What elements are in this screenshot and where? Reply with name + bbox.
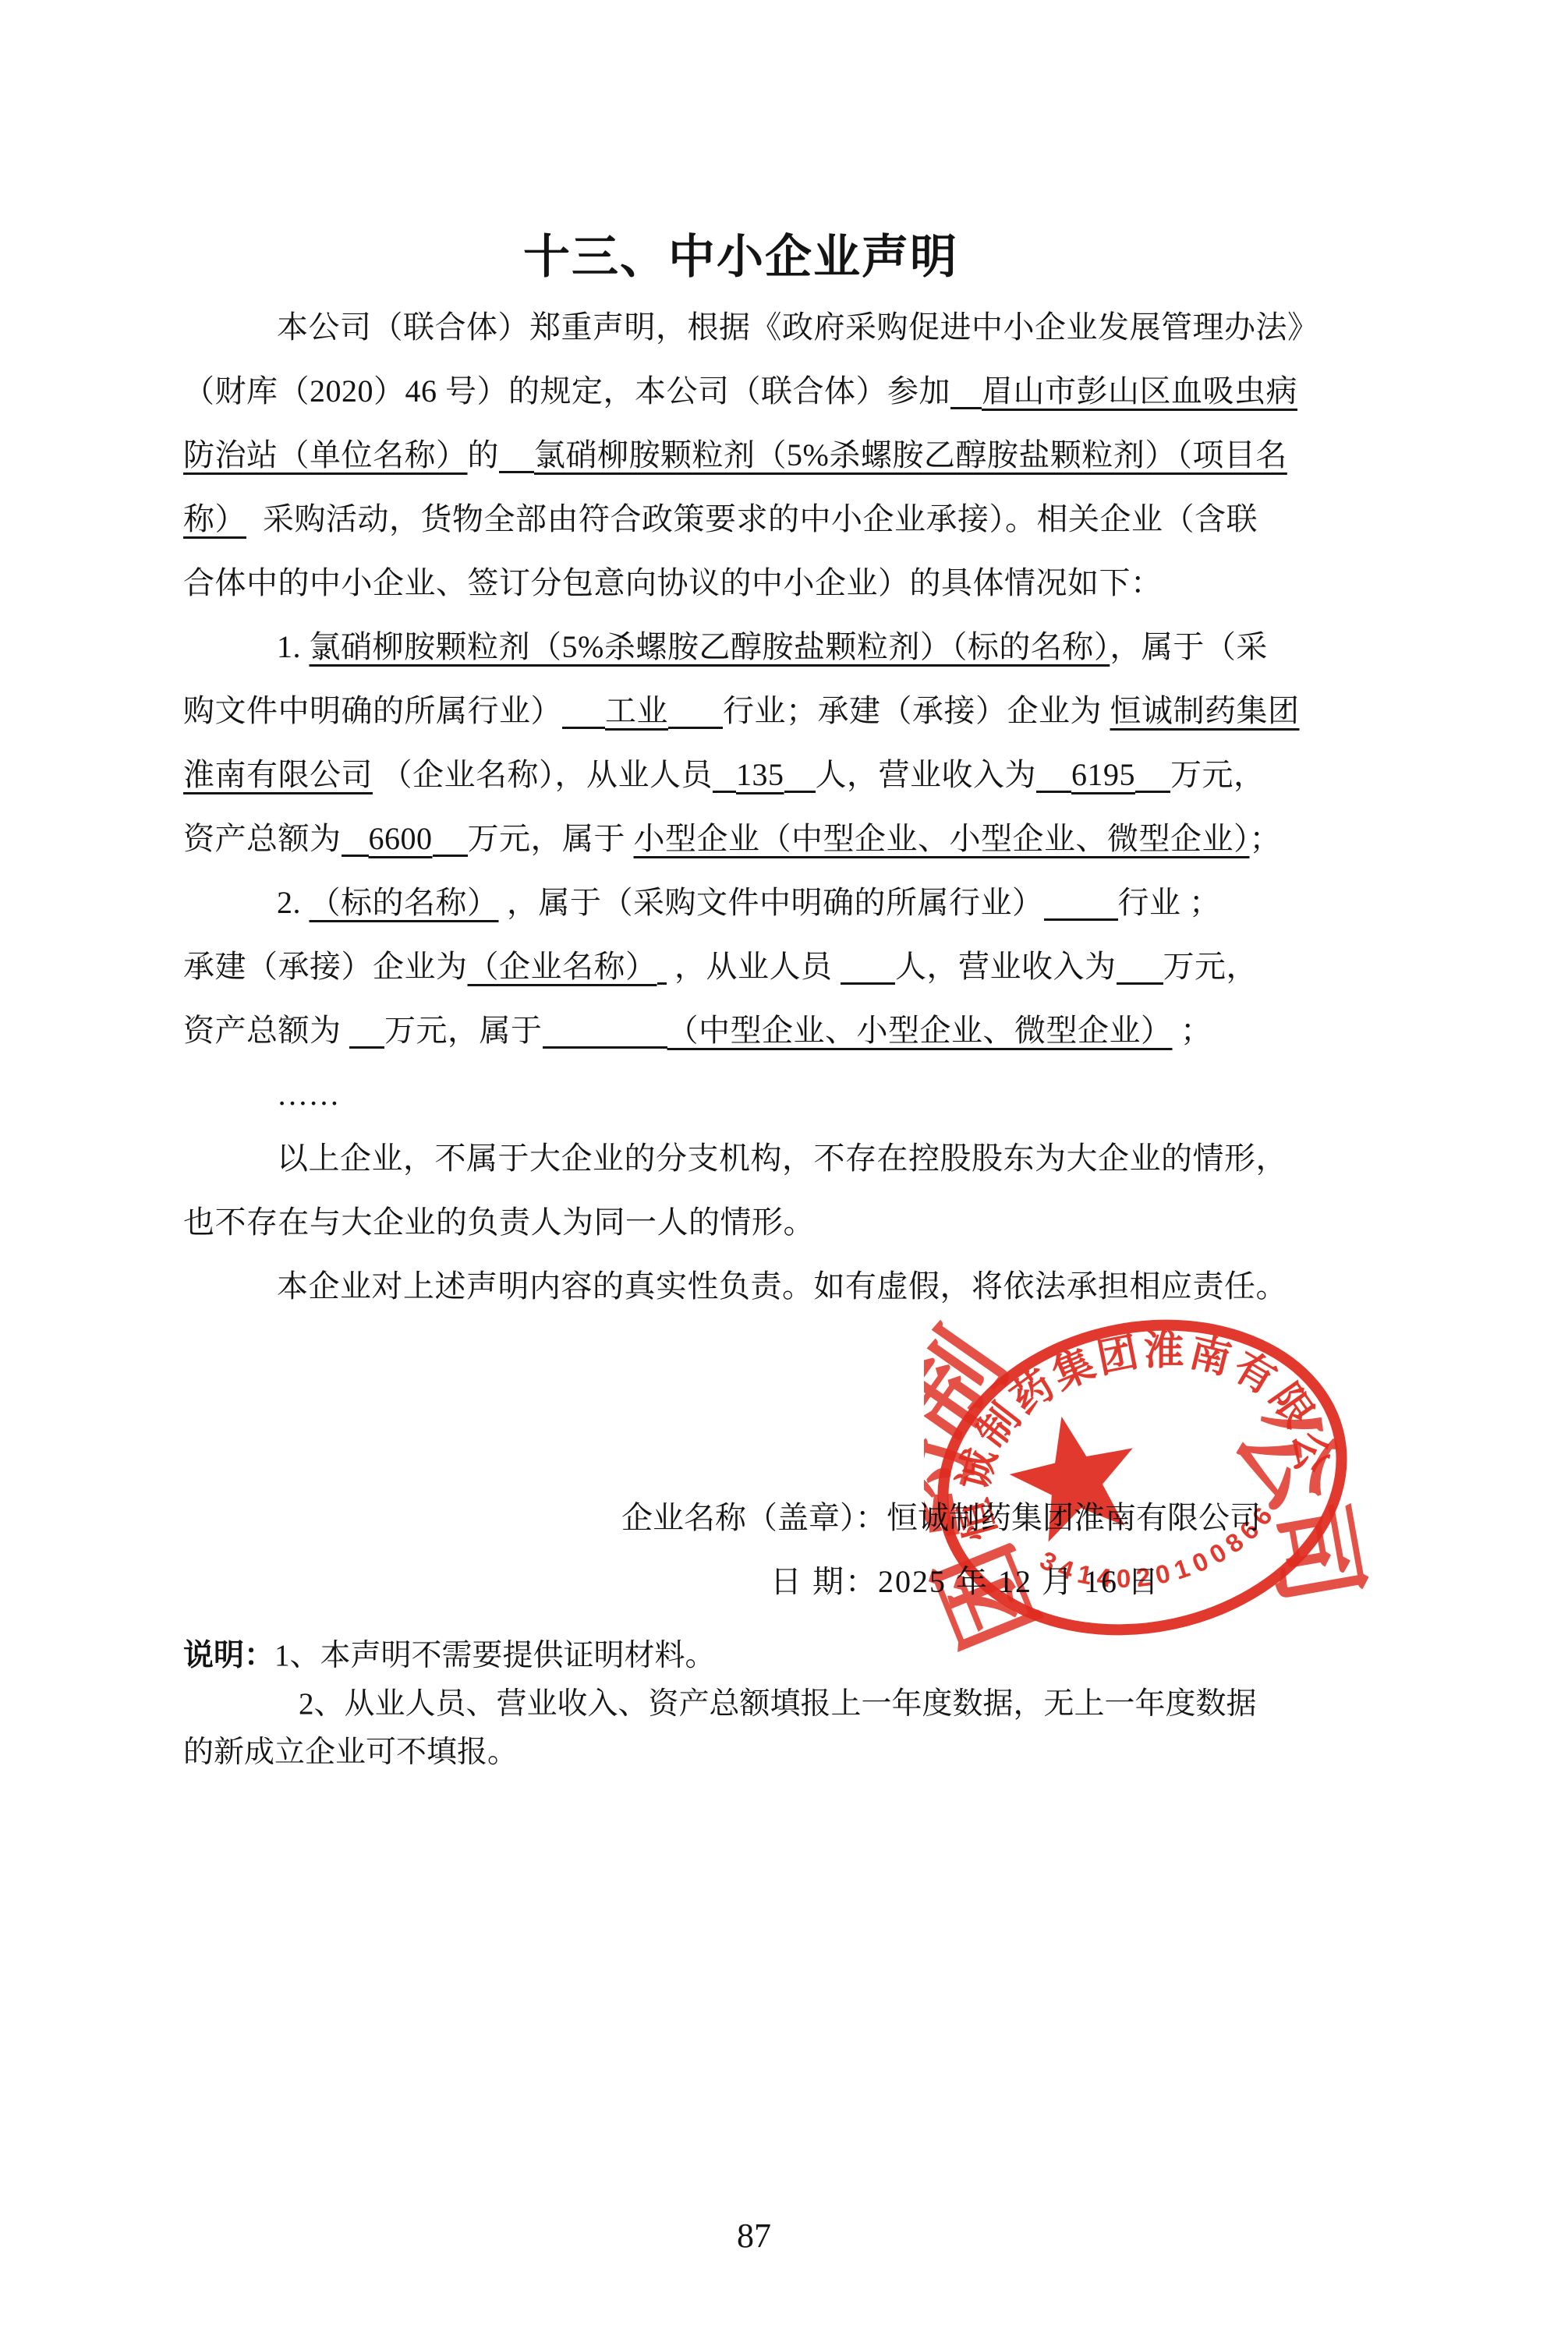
text-segment: 万元， [1163,949,1258,984]
text-segment: ； [1173,1013,1212,1048]
text-segment: 承建（承接）企业为 [183,949,468,984]
text-segment: （企业名称） [468,949,657,984]
text-segment: 2、从业人员、营业收入、资产总额填报上一年度数据，无上一年度数据 [299,1687,1257,1721]
text-line: 购文件中明确的所属行业）工业行业；承建（承接）企业为 恒诚制药集团 [183,679,1337,743]
blank-field [1135,791,1170,793]
text-line: 淮南有限公司 （企业名称），从业人员135人，营业收入为6195万元， [183,743,1337,807]
text-segment: 6195 [1071,757,1135,792]
company-stamp-icon: 恒诚制药集团淮南有限公司 3414020100866 制 药 团 公 司 [924,1318,1368,1653]
text-segment: 氯硝柳胺颗粒剂（5%杀螺胺乙醇胺盐颗粒剂）（标的名称） [310,629,1110,664]
text-segment: 小型企业（中型企业、小型企业、微型企业） [634,821,1250,856]
text-segment: （财库（2020）46 号）的规定，本公司（联合体）参加 [183,373,950,409]
text-segment: 的 [468,437,500,472]
blank-field [668,727,723,729]
blank-field [1117,982,1163,985]
blank-field [562,727,605,729]
text-segment: 采购活动，货物全部由符合政策要求的中小企业承接）。相关企业（含联 [246,501,1258,536]
stamp-ghost-char: 司 [1250,1495,1368,1612]
text-segment: 人，营业收入为 [816,757,1037,792]
text-segment: 本公司（联合体）郑重声明，根据《政府采购促进中小企业发展管理办法》 [277,310,1319,345]
text-segment: ，从业人员 [667,949,841,984]
text-segment: 资产总额为 [183,821,342,856]
text-segment: 氯硝柳胺颗粒剂（5%杀螺胺乙醇胺盐颗粒剂）（项目名 [534,437,1287,472]
page-title: 十三、中小企业声明 [0,220,1481,287]
text-segment: ，属于（采 [1110,629,1268,664]
page-number: 87 [185,2216,1323,2256]
blank-field [433,855,468,857]
text-segment: （中型企业、小型企业、微型企业） [667,1013,1173,1048]
text-segment: 以上企业，不属于大企业的分支机构，不存在控股股东为大企业的情形， [277,1141,1287,1176]
blank-field [1044,918,1118,921]
text-segment: ，属于（采购文件中明确的所属行业） [499,885,1044,920]
text-line: 承建（承接）企业为（企业名称） ，从业人员 人，营业收入为万元， [183,935,1337,999]
text-segment: 1、本声明不需要提供证明材料。 [274,1639,716,1672]
blank-field [349,1046,384,1049]
text-segment: 说明： [183,1639,274,1672]
blank-field [1036,791,1071,793]
text-segment: ； [1250,821,1282,856]
text-line: 以上企业，不属于大企业的分支机构，不存在控股股东为大企业的情形， [183,1127,1337,1191]
text-segment: 6600 [369,821,433,856]
text-segment: 合体中的中小企业、签订分包意向协议的中小企业）的具体情况如下： [183,565,1163,600]
text-line: 也不存在与大企业的负责人为同一人的情形。 [183,1191,1337,1254]
text-segment: 淮南有限公司 [183,757,373,792]
text-line: …… [183,1063,1337,1127]
blank-field [950,407,982,409]
text-segment: 本企业对上述声明内容的真实性负责。如有虚假，将依法承担相应责任。 [277,1269,1287,1304]
text-segment: （企业名称），从业人员 [373,757,713,792]
text-segment: 万元，属于 [384,1013,543,1048]
text-line: 的新成立企业可不填报。 [183,1729,1353,1777]
text-line: 2. （标的名称） ，属于（采购文件中明确的所属行业）行业 ； [183,871,1337,935]
blank-field [784,791,816,793]
blank-field [657,982,667,985]
notes-section: 说明：1、本声明不需要提供证明材料。2、从业人员、营业收入、资产总额填报上一年度… [183,1632,1353,1777]
text-segment: 的新成立企业可不填报。 [183,1736,518,1769]
text-line: 称） 采购活动，货物全部由符合政策要求的中小企业承接）。相关企业（含联 [183,487,1337,551]
text-segment: （标的名称） [310,885,499,920]
blank-field [841,982,895,985]
text-segment: 恒诚制药集团 [1110,693,1300,728]
blank-field [342,855,369,857]
text-line: 资产总额为6600万元，属于 小型企业（中型企业、小型企业、微型企业）； [183,807,1337,871]
text-line: （财库（2020）46 号）的规定，本公司（联合体）参加眉山市彭山区血吸虫病 [183,359,1337,423]
text-line: 2、从业人员、营业收入、资产总额填报上一年度数据，无上一年度数据 [183,1680,1353,1729]
text-segment: 称） [183,501,246,536]
text-segment: 工业 [605,693,668,728]
text-segment: 135 [736,757,784,792]
text-line: 1. 氯硝柳胺颗粒剂（5%杀螺胺乙醇胺盐颗粒剂）（标的名称），属于（采 [183,615,1337,679]
text-segment: 万元，属于 [468,821,634,856]
text-line: 合体中的中小企业、签订分包意向协议的中小企业）的具体情况如下： [183,551,1337,615]
text-segment: 眉山市彭山区血吸虫病 [982,373,1297,409]
text-segment: 2. [277,885,310,920]
text-line: 防治站（单位名称）的氯硝柳胺颗粒剂（5%杀螺胺乙醇胺盐颗粒剂）（项目名 [183,423,1337,487]
document-page: 十三、中小企业声明 本公司（联合体）郑重声明，根据《政府采购促进中小企业发展管理… [0,0,1568,2339]
text-segment: 万元， [1170,757,1265,792]
text-segment: 防治站（单位名称） [183,437,468,472]
text-segment: 资产总额为 [183,1013,349,1048]
blank-field [499,471,534,473]
text-segment: 购文件中明确的所属行业） [183,693,562,728]
text-line: 资产总额为 万元，属于（中型企业、小型企业、微型企业） ； [183,999,1337,1063]
text-line: 说明：1、本声明不需要提供证明材料。 [183,1632,1353,1680]
text-segment: 行业 ； [1118,885,1221,920]
text-segment: …… [277,1077,340,1112]
text-segment: 1. [277,629,310,664]
text-segment: 行业；承建（承接）企业为 [723,693,1110,728]
text-segment: 也不存在与大企业的负责人为同一人的情形。 [183,1205,815,1240]
blank-field [543,1046,667,1049]
text-line: 本企业对上述声明内容的真实性负责。如有虚假，将依法承担相应责任。 [183,1254,1337,1318]
text-segment: 人，营业收入为 [895,949,1117,984]
declaration-body: 本公司（联合体）郑重声明，根据《政府采购促进中小企业发展管理办法》（财库（202… [183,295,1337,1318]
blank-field [713,791,736,793]
text-line: 本公司（联合体）郑重声明，根据《政府采购促进中小企业发展管理办法》 [183,295,1337,359]
